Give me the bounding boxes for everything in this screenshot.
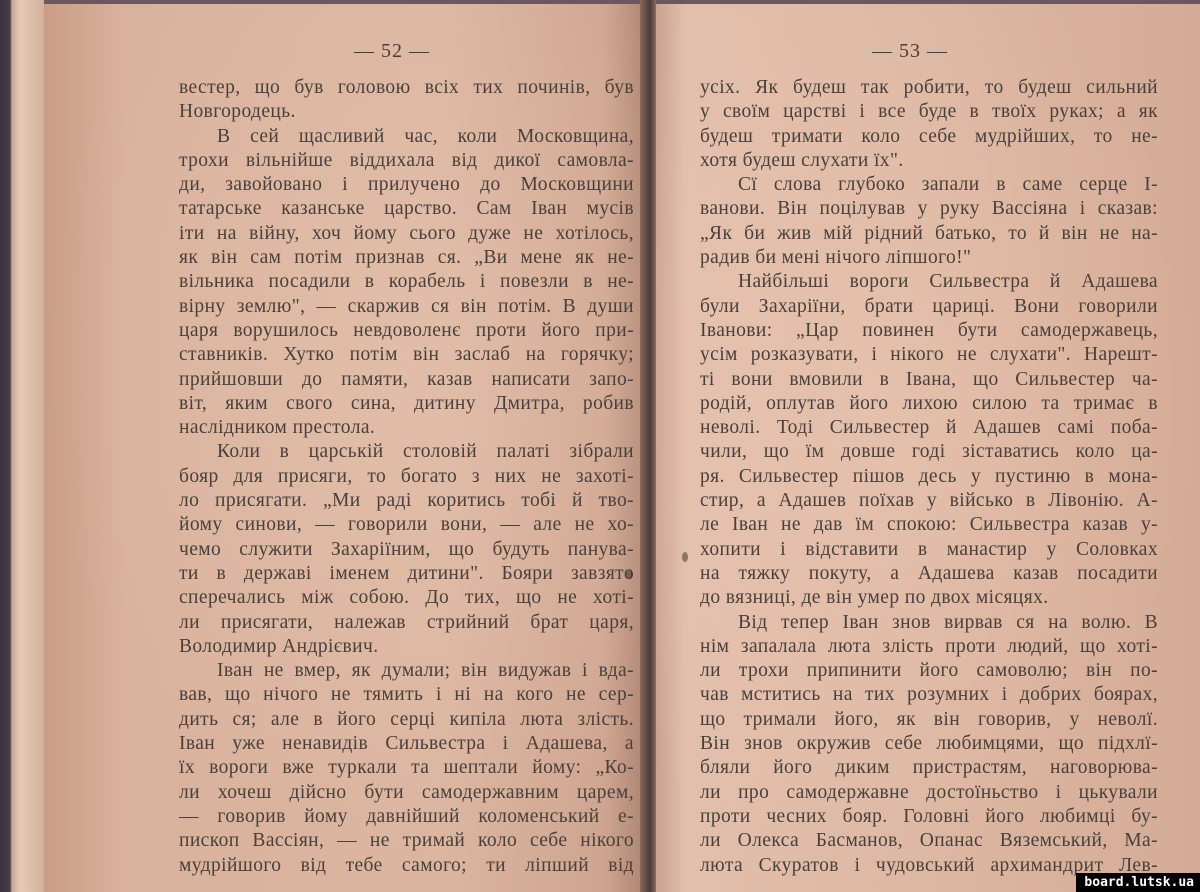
left-page: — 52 — вестер, що був головою всіх тих п… [44, 0, 650, 892]
text-line: ли присягати, належав стрийний брат царя… [179, 611, 634, 635]
text-line: татарське казанське царство. Сам Іван му… [179, 197, 634, 221]
text-line: проти чесних бояр. Головні його любимці … [700, 805, 1158, 829]
text-line: ставників. Хутко потім він заслаб на гор… [179, 343, 634, 367]
text-line: на тяжку покуту, а Адашева казав посадит… [700, 562, 1158, 586]
text-line: чав мститись на тих розумних і добрих бо… [700, 683, 1158, 707]
text-line: їх вороги вже туркали та шептали йому: „… [179, 756, 634, 780]
text-line: родій, оплутав його лихою силою та трима… [700, 392, 1158, 416]
text-line: мудрійшого від тебе самого; ти ліпший ві… [179, 854, 634, 878]
text-line: вірну землю", — скаржив ся він потім. В … [179, 295, 634, 319]
text-line: ло присягати. „Ми раді коритись тобі й т… [179, 489, 634, 513]
ink-spot [626, 570, 633, 579]
text-line: царя ворушилось невдоволенє проти його п… [179, 319, 634, 343]
text-line: вав, що нічого не тямить і ні на кого не… [179, 683, 634, 707]
text-line: „Як би жив мій рідний батько, то й він н… [700, 222, 1158, 246]
text-line: пископ Вассіян, — не тримай коло себе ні… [179, 829, 634, 853]
text-line: Іван не вмер, як думали; він видужав і в… [179, 659, 634, 683]
text-line: неволі. Тоді Сильвестер й Адашев самі по… [700, 416, 1158, 440]
text-line: дить ся; але в його серці кипіла люта зл… [179, 708, 634, 732]
text-line: Сї слова глубоко запали в саме серце І- [700, 173, 1158, 197]
page-number-right: — 53 — [872, 40, 948, 63]
text-line: віт, яким свого сина, дитину Дмитра, роб… [179, 392, 634, 416]
text-line: ти в державі іменем дитини". Бояри завзя… [179, 562, 634, 586]
text-line: Коли в царській столовій палаті зібрали [179, 440, 634, 464]
text-line: ди, завойовано і прилучено до Московщини [179, 173, 634, 197]
text-line: йому синови, — говорили вони, — але не х… [179, 513, 634, 537]
text-line: ті вони вмовили в Івана, що Сильвестер ч… [700, 368, 1158, 392]
left-page-text: вестер, що був головою всіх тих починів,… [179, 76, 634, 878]
text-line: ле Іван не дав їм спокою: Сильвестра каз… [700, 513, 1158, 537]
book-spread: — 52 — вестер, що був головою всіх тих п… [0, 0, 1200, 892]
text-line: стир, а Адашев поїхав у військо в Лівоні… [700, 489, 1158, 513]
text-line: ли Олекса Басманов, Опанас Вяземський, М… [700, 829, 1158, 853]
text-line: Він знов окружив себе любимцями, що підх… [700, 732, 1158, 756]
text-line: були Захаріїни, брати цариці. Вони говор… [700, 295, 1158, 319]
text-line: наслідником престола. [179, 416, 634, 440]
text-line: хотя будеш слухати їх". [700, 149, 1158, 173]
text-line: ванови. Він поцілував у руку Вассіяна і … [700, 197, 1158, 221]
text-line: до вязниці, де він умер по двох місяцях. [700, 586, 1158, 610]
text-line: сперечались між собою. До тих, що не хот… [179, 586, 634, 610]
text-line: у своїм царстві і все буде в твоїх руках… [700, 100, 1158, 124]
right-page: — 53 — усіх. Як будеш так робити, то буд… [656, 0, 1200, 892]
text-line: ли трохи припинити його самоволю; він по… [700, 659, 1158, 683]
text-line: трохи вільнійше віддихала від дикої само… [179, 149, 634, 173]
text-line: усім розказувати, і нікого не слухати". … [700, 343, 1158, 367]
text-line: будеш тримати коло себе мудрійших, то не… [700, 125, 1158, 149]
text-line: ли про самодержавне достоїньство і цькув… [700, 781, 1158, 805]
text-line: Володимир Андрієвич. [179, 635, 634, 659]
ink-spot [682, 552, 688, 562]
text-line: хопити і відставити в манастир у Соловка… [700, 538, 1158, 562]
text-line: прийшовши до памяти, казав написати запо… [179, 368, 634, 392]
text-line: чемо служити Захаріїним, що будуть панув… [179, 538, 634, 562]
text-line: чили, що їм довше годі зіставатись коло … [700, 440, 1158, 464]
text-line: Іван уже ненавидів Сильвестра і Адашева,… [179, 732, 634, 756]
right-page-text: усіх. Як будеш так робити, то будеш силь… [700, 76, 1158, 878]
text-line: що тримали його, як він говорив, у невол… [700, 708, 1158, 732]
text-line: ли хочеш дійсно бути самодержавним царем… [179, 781, 634, 805]
text-line: радив би мені нічого ліпшого!" [700, 246, 1158, 270]
text-line: — говорив йому давнійший коломенський е- [179, 805, 634, 829]
text-line: Іванови: „Цар повинен бути самодержавець… [700, 319, 1158, 343]
text-line: нім запалала люта злість проти людий, що… [700, 635, 1158, 659]
text-line: бляли його диким пристрастям, наговорюва… [700, 756, 1158, 780]
text-line: Від тепер Іван знов вирвав ся на волю. В [700, 611, 1158, 635]
text-line: вестер, що був головою всіх тих починів,… [179, 76, 634, 100]
text-line: ря. Сильвестер пішов десь у пустиню в мо… [700, 465, 1158, 489]
text-line: як він сам потім признав ся. „Ви мене як… [179, 246, 634, 270]
text-line: В сей щасливий час, коли Московщина, [179, 125, 634, 149]
text-line: Новгородець. [179, 100, 634, 124]
text-line: бояр для присяги, то богато з них не зах… [179, 465, 634, 489]
page-number-left: — 52 — [354, 40, 430, 63]
text-line: усіх. Як будеш так робити, то будеш силь… [700, 76, 1158, 100]
text-line: іти на війну, хоч йому сього дуже не хот… [179, 222, 634, 246]
text-line: вільника посадили в корабель і повезли в… [179, 270, 634, 294]
text-line: Найбільші вороги Сильвестра й Адашева [700, 270, 1158, 294]
site-watermark: board.lutsk.ua [1076, 873, 1200, 892]
